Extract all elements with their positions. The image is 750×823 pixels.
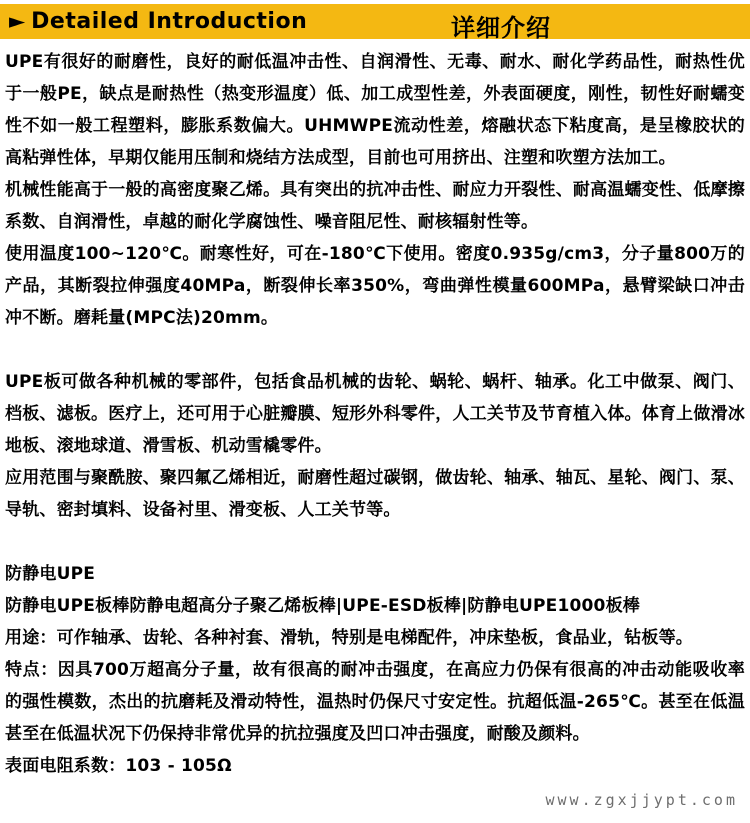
paragraph-features: 特点：因具700万超高分子量，故有很高的耐冲击强度，在高应力仍保有很高的冲击动能… (5, 654, 745, 750)
paragraph-spacer (5, 334, 745, 366)
section-header-bar: ► Detailed Introduction 详细介绍 (0, 4, 750, 39)
paragraph-usage-temperature-specs: 使用温度100~120℃。耐寒性好，可在-180℃下使用。密度0.935g/cm… (5, 238, 745, 334)
arrow-right-icon: ► (9, 11, 25, 32)
paragraph-application-range: 应用范围与聚酰胺、聚四氟乙烯相近，耐磨性超过碳钢，做齿轮、轴承、轴瓦、星轮、阀门… (5, 462, 745, 526)
paragraph-antistatic-upe-title: 防静电UPE (5, 558, 745, 590)
section-title-english: Detailed Introduction (31, 9, 307, 34)
paragraph-upe-board-applications: UPE板可做各种机械的零部件，包括食品机械的齿轮、蜗轮、蜗杆、轴承。化工中做泵、… (5, 366, 745, 462)
section-title-chinese: 详细介绍 (451, 8, 551, 43)
paragraph-mechanical-performance: 机械性能高于一般的高密度聚乙烯。具有突出的抗冲击性、耐应力开裂性、耐高温蠕变性、… (5, 174, 745, 238)
product-description-body: UPE有很好的耐磨性，良好的耐低温冲击性、自润滑性、无毒、耐水、耐化学药品性，耐… (0, 46, 750, 782)
paragraph-antistatic-upe-names: 防静电UPE板棒防静电超高分子聚乙烯板棒|UPE-ESD板棒|防静电UPE100… (5, 590, 745, 622)
paragraph-upe-properties: UPE有很好的耐磨性，良好的耐低温冲击性、自润滑性、无毒、耐水、耐化学药品性，耐… (5, 46, 745, 174)
paragraph-spacer (5, 526, 745, 558)
website-watermark: www.zgxjjypt.com (546, 791, 739, 809)
paragraph-uses: 用途：可作轴承、齿轮、各种衬套、滑轨，特别是电梯配件，冲床垫板，食品业，钻板等。 (5, 622, 745, 654)
paragraph-surface-resistance: 表面电阻系数：103 - 105Ω (5, 750, 745, 782)
product-detail-page: ► Detailed Introduction 详细介绍 UPE有很好的耐磨性，… (0, 0, 750, 823)
